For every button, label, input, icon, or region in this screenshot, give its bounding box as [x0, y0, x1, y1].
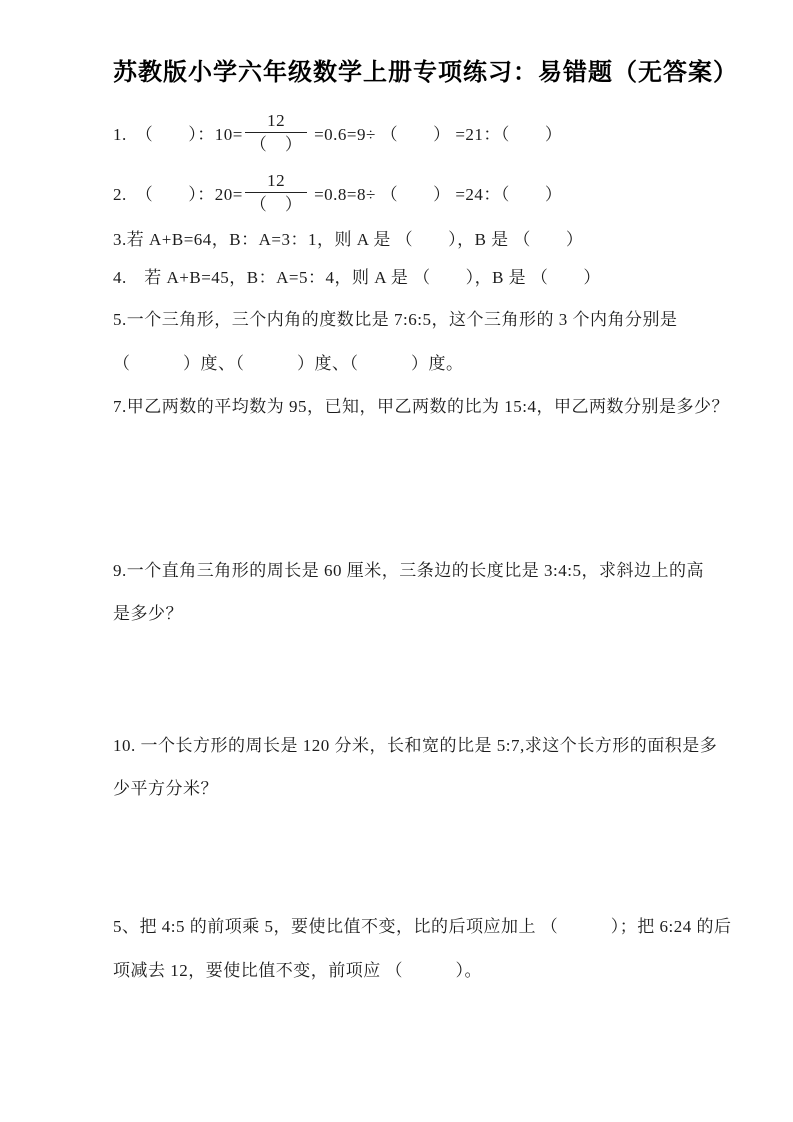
- question-2-suffix: =0.8=8÷ （ ） =24：（ ）: [309, 180, 562, 205]
- question-5b-line-1: 5、把 4:5 的前项乘 5，要使比值不变，比的后项应加上 （ ）；把 6:24…: [113, 917, 683, 937]
- question-7: 7.甲乙两数的平均数为 95，已知，甲乙两数的比为 15:4，甲乙两数分别是多少…: [113, 397, 683, 417]
- question-10-line-2: 少平方分米？: [113, 779, 683, 799]
- fraction-denominator: （ ）: [245, 192, 308, 215]
- page-title: 苏教版小学六年级数学上册专项练习：易错题（无答案）: [113, 56, 683, 90]
- question-9-line-2: 是多少？: [113, 604, 683, 624]
- question-2-fraction: 12（ ）: [245, 170, 308, 215]
- question-10-line-1: 10. 一个长方形的周长是 120 分米，长和宽的比是 5:7,求这个长方形的面…: [113, 736, 683, 756]
- question-9-line-1: 9.一个直角三角形的周长是 60 厘米，三条边的长度比是 3:4:5，求斜边上的…: [113, 561, 683, 581]
- question-1-fraction: 12（ ）: [245, 110, 308, 155]
- fraction-denominator: （ ）: [245, 132, 308, 155]
- question-4: 4. 若 A+B=45，B：A=5：4，则 A 是 （ ），B 是 （ ）: [113, 268, 683, 288]
- question-2: 2. （ ）：20=12（ ） =0.8=8÷ （ ） =24：（ ）: [113, 163, 683, 221]
- question-2-prefix: 2. （ ）：20=: [113, 180, 243, 205]
- fraction-numerator: 12: [263, 170, 289, 192]
- question-5-line-1: 5.一个三角形，三个内角的度数比是 7:6:5，这个三角形的 3 个内角分别是: [113, 310, 683, 330]
- fraction-numerator: 12: [263, 110, 289, 132]
- question-1: 1. （ ）：10=12（ ） =0.6=9÷ （ ） =21：（ ）: [113, 103, 683, 161]
- question-1-suffix: =0.6=9÷ （ ） =21：（ ）: [309, 120, 562, 145]
- question-1-prefix: 1. （ ）：10=: [113, 120, 243, 145]
- worksheet-page: 苏教版小学六年级数学上册专项练习：易错题（无答案） 1. （ ）：10=12（ …: [0, 0, 793, 1122]
- question-3: 3.若 A+B=64，B：A=3：1，则 A 是 （ ），B 是 （ ）: [113, 230, 683, 250]
- question-5-line-2: （ ）度、（ ）度、（ ）度。: [113, 354, 683, 374]
- question-5b-line-2: 项减去 12，要使比值不变，前项应 （ ）。: [113, 961, 683, 981]
